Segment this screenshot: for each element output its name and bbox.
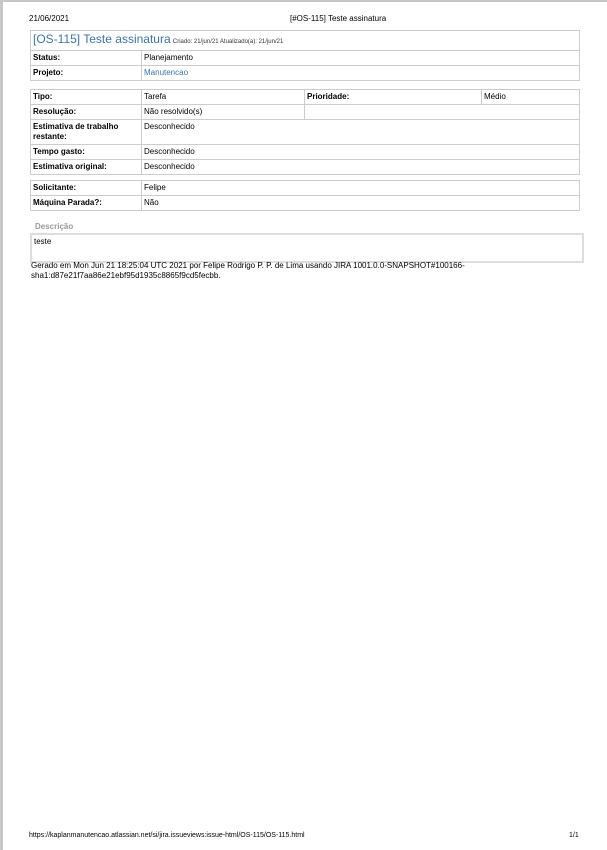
field-label: Prioridade: bbox=[305, 90, 482, 105]
description-box: teste bbox=[30, 233, 584, 263]
field-label: Estimativa de trabalho restante: bbox=[31, 120, 142, 145]
field-value: Tarefa bbox=[142, 90, 305, 105]
field-label: Estimativa original: bbox=[31, 160, 142, 175]
issue-details-table: Tipo: Tarefa Prioridade: Médio Resolução… bbox=[30, 89, 580, 175]
field-row-projeto: Projeto: Manutencao bbox=[31, 66, 580, 81]
custom-fields-table: Solicitante: Felipe Máquina Parada?: Não bbox=[30, 180, 580, 211]
field-row-estimativa-restante: Estimativa de trabalho restante: Desconh… bbox=[31, 120, 580, 145]
issue-title-cell: [OS-115] Teste assinatura Criado: 21/jun… bbox=[31, 31, 580, 51]
print-date: 21/06/2021 bbox=[29, 14, 69, 23]
page-edge bbox=[0, 0, 3, 850]
field-row-tipo: Tipo: Tarefa Prioridade: Médio bbox=[31, 90, 580, 105]
issue-dates: Criado: 21/jun/21 Atualizado(a): 21/jun/… bbox=[173, 39, 283, 45]
field-label: Projeto: bbox=[31, 66, 142, 81]
page-edge-top bbox=[0, 0, 607, 2]
print-title: [#OS-115] Teste assinatura bbox=[290, 14, 386, 23]
field-row-tempo-gasto: Tempo gasto: Desconhecido bbox=[31, 145, 580, 160]
field-row-maquina-parada: Máquina Parada?: Não bbox=[31, 196, 580, 211]
field-label: Status: bbox=[31, 51, 142, 66]
field-value: Planejamento bbox=[142, 51, 580, 66]
project-link[interactable]: Manutencao bbox=[142, 66, 580, 81]
field-value: Desconhecido bbox=[142, 145, 580, 160]
empty-cell bbox=[305, 105, 580, 120]
print-footer-url: https://kaplanmanutencao.atlassian.net/s… bbox=[29, 832, 305, 839]
issue-summary-table: [OS-115] Teste assinatura Criado: 21/jun… bbox=[30, 30, 580, 81]
field-row-resolucao: Resolução: Não resolvido(s) bbox=[31, 105, 580, 120]
description-label: Descrição bbox=[35, 222, 73, 231]
field-label: Máquina Parada?: bbox=[31, 196, 142, 211]
field-value: Desconhecido bbox=[142, 160, 580, 175]
field-value: Não bbox=[142, 196, 580, 211]
field-value: Desconhecido bbox=[142, 120, 580, 145]
generated-note: Gerado em Mon Jun 21 18:25:04 UTC 2021 p… bbox=[31, 261, 581, 281]
field-value: Não resolvido(s) bbox=[142, 105, 305, 120]
field-label: Tipo: bbox=[31, 90, 142, 105]
field-label: Solicitante: bbox=[31, 181, 142, 196]
field-value: Felipe bbox=[142, 181, 580, 196]
field-label: Resolução: bbox=[31, 105, 142, 120]
field-label: Tempo gasto: bbox=[31, 145, 142, 160]
print-page-number: 1/1 bbox=[569, 832, 579, 839]
issue-title-link[interactable]: [OS-115] Teste assinatura bbox=[33, 32, 171, 46]
field-row-solicitante: Solicitante: Felipe bbox=[31, 181, 580, 196]
field-value: Médio bbox=[482, 90, 580, 105]
field-row-estimativa-original: Estimativa original: Desconhecido bbox=[31, 160, 580, 175]
field-row-status: Status: Planejamento bbox=[31, 51, 580, 66]
